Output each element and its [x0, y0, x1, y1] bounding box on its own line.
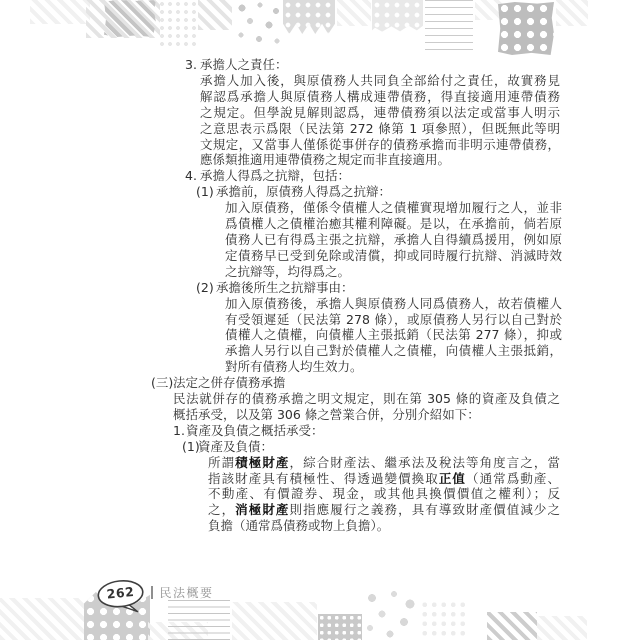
paragraph-item-3: 承擔人加入後，與原債務人共同負全部給付之責任，故實務見解認爲承擔人與原債務人構成… [200, 73, 560, 168]
body-text: 不動產、有價證券、現金，或其他具換價價值之權利）；反 [208, 486, 560, 501]
text-line: (2)承擔後所生之抗辯事由： [196, 280, 526, 296]
subitem-1-1: (1)資產及負債： [182, 439, 560, 455]
body-text: 債權人之債權，向債權人主張抵銷（民法第 277 條），抑或 [225, 327, 562, 342]
deco-stripes-faint-bottomleft [0, 598, 85, 640]
paragraph-cn-3: 民法就併存的債務承擔之明文規定，則在第 305 條的資產及負債之概括承受，以及第… [173, 391, 560, 423]
deco-stripes-faint-6 [232, 602, 317, 640]
divider-bar [151, 586, 153, 599]
emphasis-text: 正值 [439, 471, 466, 486]
text-line: 加入原債務，僅係令債權人之債權實現增加履行之人，並非 [225, 200, 562, 216]
text-line: 所謂積極財產，綜合財產法、繼承法及稅法等角度言之，當 [208, 455, 560, 471]
text-line: 有受領遲延（民法第 278 條），或原債務人另行以自己對於 [225, 312, 562, 328]
body-text: 負擔（通常爲債務或物上負擔）。 [208, 518, 389, 533]
body-text: 定債務早已受到免除或清償，抑或同時履行抗辯、消滅時效 [225, 248, 562, 263]
text-line: 不動產、有價證券、現金，或其他具換價價值之權利）；反 [208, 486, 560, 502]
deco-stripes-faint-2 [337, 0, 371, 26]
list-label: 1. [173, 423, 186, 439]
body-text: 民法就併存的債務承擔之明文規定，則在第 305 條的資產及負債之 [173, 391, 560, 406]
text-line: 1.資產及負債之概括承受： [173, 423, 560, 439]
section-item-3: 3.承擔人之責任： [185, 57, 526, 73]
deco-stripes-faint-4 [556, 0, 588, 26]
list-label: (三) [151, 375, 173, 391]
text-line: 債權人之債權，向債權人主張抵銷（民法第 277 條），抑或 [225, 327, 562, 343]
text-line: (1)承擔前，原債務人得爲之抗辯： [196, 184, 526, 200]
text-line: 之規定。但學說見解則認爲，連帶債務須以法定或當事人明示 [200, 105, 560, 121]
paragraph-4-2: 加入原債務後，承擔人與原債務人同爲債務人，故若債權人有受領遲延（民法第 278 … [225, 296, 562, 376]
body-text: 加入原債務，僅係令債權人之債權實現增加履行之人，並非 [225, 200, 562, 215]
text-line: 對所有債務人均生效力。 [225, 359, 562, 375]
body-text: 有受領遲延（民法第 278 條），或原債務人另行以自己對於 [225, 312, 562, 327]
text-line: 指該財產具有積極性、得透過變價換取正值（通常爲動產、 [208, 471, 560, 487]
list-label: 4. [185, 168, 200, 184]
list-label: (1) [182, 439, 198, 455]
emphasis-text: 積極財產 [235, 455, 289, 470]
body-text: 指該財產具有積極性、得透過變價換取 [208, 471, 439, 486]
text-line: 爲債權人之債權治癒其權利障礙。是以，在承擔前，倘若原 [225, 216, 562, 232]
book-page: 3.承擔人之責任：承擔人加入後，與原債務人共同負全部給付之責任，故實務見解認爲承… [0, 0, 640, 640]
text-line: 應係類推適用連帶債務之規定而非直接適用。 [200, 152, 560, 168]
text-line: (三)法定之併存債務承擔 [151, 375, 560, 391]
text-line: 民法就併存的債務承擔之明文規定，則在第 305 條的資產及負債之 [173, 391, 560, 407]
deco-dots-faint-1 [158, 0, 198, 46]
deco-banner-dots-2 [372, 0, 423, 33]
text-line: 概括承受，以及第 306 條之營業合併，分別介紹如下： [173, 407, 560, 423]
body-text: 承擔人之責任： [200, 57, 288, 72]
deco-stripes-faint-topleft [30, 0, 90, 24]
list-label: (2) [196, 280, 216, 296]
section-item-4: 4.承擔人得爲之抗辯，包括： [185, 168, 526, 184]
page-number-badge: 262 [95, 576, 151, 619]
body-text: ，綜合財產法、繼承法及稅法等角度言之，當 [290, 455, 561, 470]
text-line: 負擔（通常爲債務或物上負擔）。 [208, 518, 560, 534]
emphasis-text: 消極財產 [235, 502, 289, 517]
body-text: 承擔人得爲之抗辯，包括： [200, 168, 350, 183]
paragraph-4-1: 加入原債務，僅係令債權人之債權實現增加履行之人，並非爲債權人之債權治癒其權利障礙… [225, 200, 562, 280]
text-line: 3.承擔人之責任： [185, 57, 526, 73]
text-line: 承擔人加入後，與原債務人共同負全部給付之責任，故實務見 [200, 73, 560, 89]
body-text: 承擔後所生之抗辯事由： [216, 280, 354, 295]
deco-confetti-dots-top [233, 0, 283, 50]
deco-dots-dense-small [318, 614, 362, 640]
body-text: 債務人已有得爲主張之抗辯，承擔人自得續爲援用，例如原 [225, 232, 562, 247]
body-text: 承擔前，原債務人得爲之抗辯： [216, 184, 391, 199]
body-text: 資產及負債之概括承受： [186, 423, 324, 438]
body-text: 資產及負債： [198, 439, 273, 454]
text-line: 解認爲承擔人與原債務人構成連帶債務，得直接適用連帶債務 [200, 89, 560, 105]
body-text: 加入原債務後，承擔人與原債務人同爲債務人，故若債權人 [225, 296, 562, 311]
body-text: 承擔人另行以自己對於債權人之債權，向債權人主張抵銷， [225, 343, 562, 358]
text-line: 承擔人另行以自己對於債權人之債權，向債權人主張抵銷， [225, 343, 562, 359]
text-line: (1)資產及負債： [182, 439, 560, 455]
text-line: 加入原債務後，承擔人與原債務人同爲債務人，故若債權人 [225, 296, 562, 312]
body-text: 之， [208, 502, 235, 517]
text-line: 之意思表示爲限（民法第 272 條第 1 項參照），但既無此等明 [200, 121, 560, 137]
body-text: 應係類推適用連帶債務之規定而非直接適用。 [200, 152, 450, 167]
list-label: (1) [196, 184, 216, 200]
body-text: 文規定，又當事人僅係從事併存的債務承擔而非明示連帶債務， [200, 137, 560, 152]
text-line: 4.承擔人得爲之抗辯，包括： [185, 168, 526, 184]
deco-ruled-lines-bottom [168, 600, 230, 640]
deco-stripes-faint-7 [537, 616, 587, 640]
list-label: 3. [185, 57, 200, 73]
body-text: 概括承受，以及第 306 條之營業合併，分別介紹如下： [173, 407, 480, 422]
deco-washi-dots-dark [498, 2, 554, 55]
subitem-4-2: (2)承擔後所生之抗辯事由： [196, 280, 526, 296]
deco-confetti-dots-bottom [360, 588, 422, 640]
running-title: 民法概要 [151, 585, 214, 600]
deco-ruled-lines-top [425, 0, 473, 50]
text-line: 債務人已有得爲主張之抗辯，承擔人自得續爲援用，例如原 [225, 232, 562, 248]
deco-washi-stripes-dark [104, 0, 156, 37]
body-text: 爲債權人之債權治癒其權利障礙。是以，在承擔前，倘若原 [225, 216, 562, 231]
body-text: 之抗辯等，均得爲之。 [225, 264, 350, 279]
body-text: 法定之併存債務承擔 [173, 375, 286, 390]
body-text: 承擔人加入後，與原債務人共同負全部給付之責任，故實務見 [200, 73, 560, 88]
body-text: 則指應履行之義務，具有導致財產價值減少之 [290, 502, 561, 517]
body-text: 對所有債務人均生效力。 [225, 359, 363, 374]
text-line: 定債務早已受到免除或清償，抑或同時履行抗辯、消滅時效 [225, 248, 562, 264]
text-line: 文規定，又當事人僅係從事併存的債務承擔而非明示連帶債務， [200, 137, 560, 153]
body-text: 所謂 [208, 455, 235, 470]
body-text: 之意思表示爲限（民法第 272 條第 1 項參照），但既無此等明 [200, 121, 560, 136]
body-text: 之規定。但學說見解則認爲，連帶債務須以法定或當事人明示 [200, 105, 560, 120]
deco-stripes-light-2 [198, 0, 232, 30]
subitem-4-1: (1)承擔前，原債務人得爲之抗辯： [196, 184, 526, 200]
section-item-cn-3: (三)法定之併存債務承擔 [151, 375, 560, 391]
text-line: 之抗辯等，均得爲之。 [225, 264, 562, 280]
body-text: 解認爲承擔人與原債務人構成連帶債務，得直接適用連帶債務 [200, 89, 560, 104]
text-column: 3.承擔人之責任：承擔人加入後，與原債務人共同負全部給付之責任，故實務見解認爲承… [151, 57, 560, 534]
body-text: （通常爲動產、 [466, 471, 560, 486]
text-line: 之，消極財產則指應履行之義務，具有導致財產價值減少之 [208, 502, 560, 518]
deco-banner-dots-1 [283, 0, 335, 34]
subsection-item-1: 1.資產及負債之概括承受： [173, 423, 560, 439]
book-title-text: 民法概要 [160, 584, 214, 601]
deco-dots-faint-2 [420, 600, 468, 640]
paragraph-1-1: 所謂積極財產，綜合財產法、繼承法及稅法等角度言之，當指該財產具有積極性、得透過變… [208, 455, 560, 535]
deco-stripes-med-bottomright [487, 612, 537, 640]
